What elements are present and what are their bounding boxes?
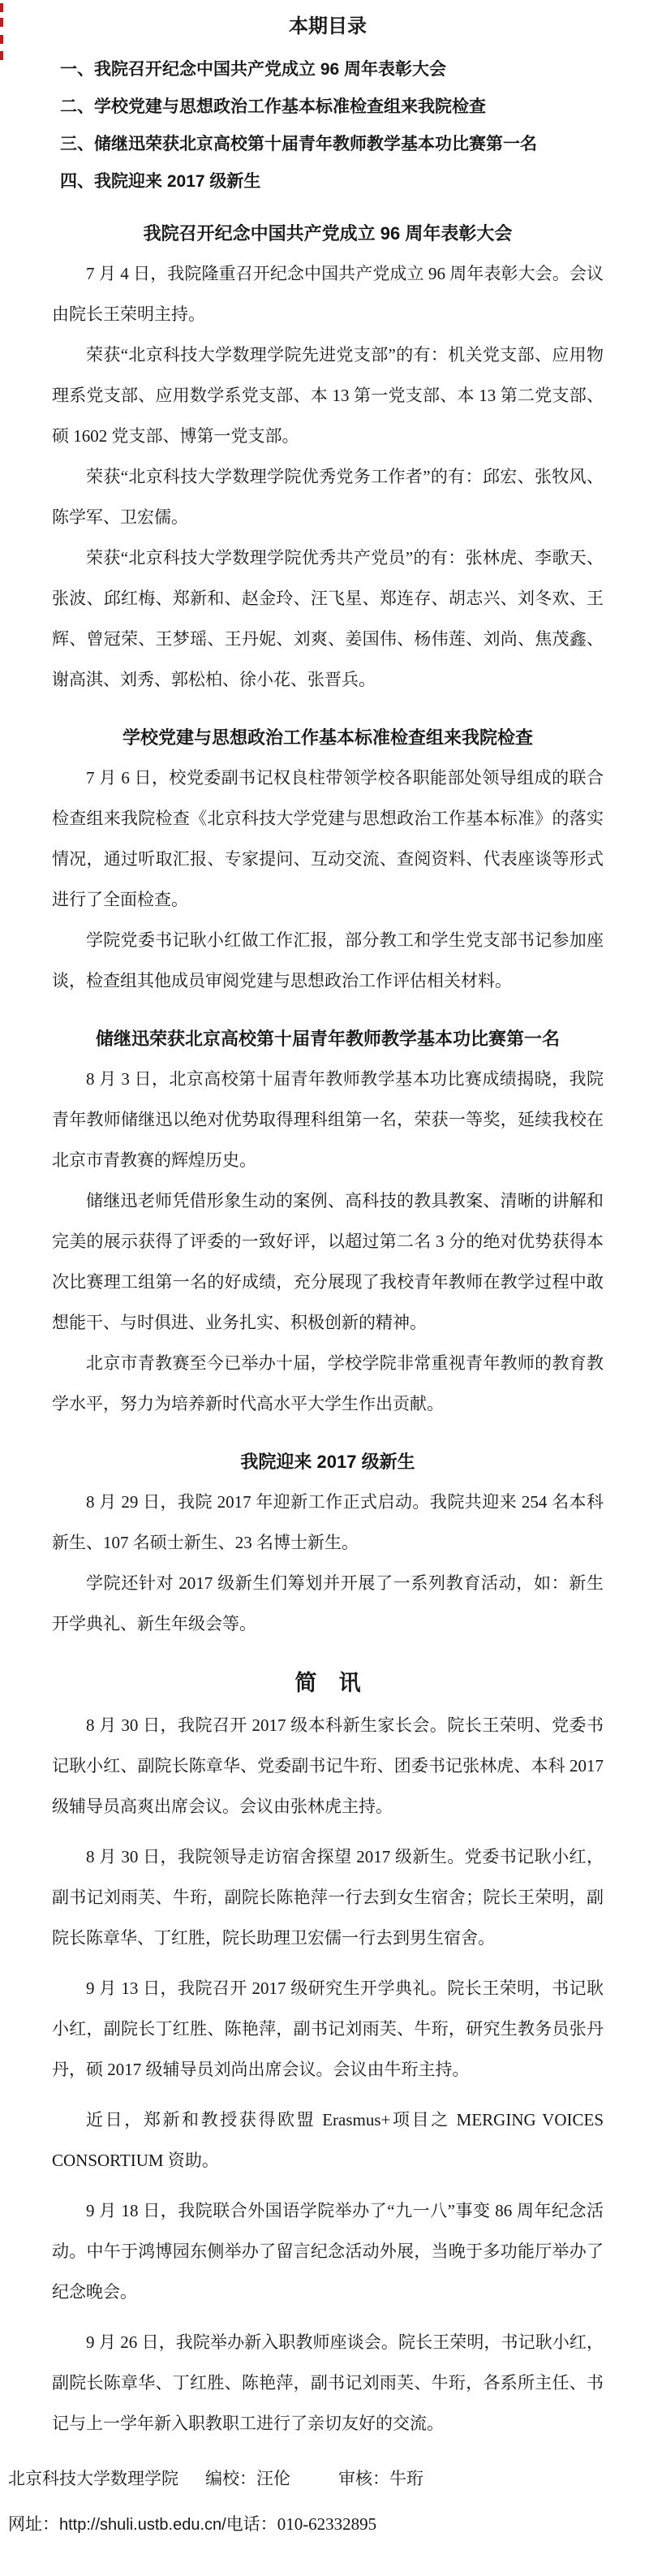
- newsletter-page: 本期目录 一、我院召开纪念中国共产党成立 96 周年表彰大会 二、学校党建与思想…: [0, 0, 649, 2576]
- toc-item-4: 四、我院迎来 2017 级新生: [60, 163, 604, 201]
- briefs-title: 简 讯: [52, 1665, 604, 1697]
- brief-item-1: 8 月 30 日，我院召开 2017 级本科新生家长会。院长王荣明、党委书记耿小…: [52, 1705, 604, 1827]
- article-1-paragraph-4: 荣获“北京科技大学数理学院优秀共产党员”的有：张林虎、李歌天、张波、邱红梅、郑新…: [52, 537, 604, 700]
- website-field: 网址：http://shuli.ustb.edu.cn/: [8, 2505, 226, 2544]
- toc-title: 本期目录: [52, 10, 604, 38]
- toc-item-2: 二、学校党建与思想政治工作基本标准检查组来我院检查: [60, 88, 604, 126]
- article-inspection-visit: 学校党建与思想政治工作基本标准检查组来我院检查 7 月 6 日，校党委副书记权良…: [52, 724, 604, 1001]
- article-3-paragraph-1: 8 月 3 日，北京高校第十届青年教师教学基本功比赛成绩揭晓，我院青年教师储继迅…: [52, 1059, 604, 1180]
- change-bar-mark: [0, 3, 3, 12]
- article-1-paragraph-3: 荣获“北京科技大学数理学院优秀党务工作者”的有：邱宏、张牧风、陈学军、卫宏儒。: [52, 456, 604, 537]
- article-4-paragraph-2: 学院还针对 2017 级新生们筹划并开展了一系列教育活动，如：新生开学典礼、新生…: [52, 1563, 604, 1644]
- article-1-paragraph-2: 荣获“北京科技大学数理学院先进党支部”的有：机关党支部、应用物理系党支部、应用数…: [52, 334, 604, 456]
- website-label: 网址：: [8, 2514, 59, 2534]
- article-4-title: 我院迎来 2017 级新生: [52, 1448, 604, 1474]
- editor-field: 编校：汪伦: [205, 2460, 338, 2497]
- footer-row-1: 北京科技大学数理学院 编校：汪伦 审核：牛珩: [8, 2460, 604, 2497]
- briefs-section: 简 讯 8 月 30 日，我院召开 2017 级本科新生家长会。院长王荣明、党委…: [52, 1665, 604, 2444]
- article-2-paragraph-2: 学院党委书记耿小红做工作汇报，部分教工和学生党支部书记参加座谈，检查组其他成员审…: [52, 920, 604, 1001]
- brief-item-2: 8 月 30 日，我院领导走访宿舍探望 2017 级新生。党委书记耿小红，副书记…: [52, 1836, 604, 1958]
- phone-label: 电话：: [226, 2514, 277, 2534]
- article-1-paragraph-1: 7 月 4 日，我院隆重召开纪念中国共产党成立 96 周年表彰大会。会议由院长王…: [52, 253, 604, 334]
- brief-item-6: 9 月 26 日，我院举办新入职教师座谈会。院长王荣明，书记耿小红，副院长陈章华…: [52, 2322, 604, 2444]
- page-footer: 北京科技大学数理学院 编校：汪伦 审核：牛珩 网址：http://shuli.u…: [8, 2460, 604, 2544]
- article-2-title: 学校党建与思想政治工作基本标准检查组来我院检查: [52, 724, 604, 749]
- editor-label: 编校：: [205, 2469, 256, 2488]
- toc-item-3: 三、储继迅荣获北京高校第十届青年教师教学基本功比赛第一名: [60, 126, 604, 163]
- editor-name: 汪伦: [256, 2469, 290, 2488]
- website-url: http://shuli.ustb.edu.cn/: [59, 2516, 226, 2534]
- phone-field: 电话：010-62332895: [226, 2505, 377, 2543]
- article-3-paragraph-3: 北京市青教赛至今已举办十届，学校学院非常重视青年教师的教育教学水平，努力为培养新…: [52, 1343, 604, 1424]
- toc-item-1: 一、我院召开纪念中国共产党成立 96 周年表彰大会: [60, 51, 604, 88]
- article-1-title: 我院召开纪念中国共产党成立 96 周年表彰大会: [52, 220, 604, 245]
- brief-item-5: 9 月 18 日，我院联合外国语学院举办了“九一八”事变 86 周年纪念活动。中…: [52, 2190, 604, 2312]
- footer-row-2: 网址：http://shuli.ustb.edu.cn/ 电话：010-6233…: [8, 2505, 604, 2544]
- change-bar-mark: [0, 18, 3, 27]
- reviewer-field: 审核：牛珩: [338, 2460, 423, 2497]
- change-bar-mark: [0, 35, 3, 44]
- org-name: 北京科技大学数理学院: [8, 2460, 205, 2497]
- phone-number: 010-62332895: [277, 2514, 377, 2534]
- article-2-paragraph-1: 7 月 6 日，校党委副书记权良柱带领学校各职能部处领导组成的联合检查组来我院检…: [52, 757, 604, 920]
- article-commendation-meeting: 我院召开纪念中国共产党成立 96 周年表彰大会 7 月 4 日，我院隆重召开纪念…: [52, 220, 604, 700]
- article-3-paragraph-2: 储继迅老师凭借形象生动的案例、高科技的教具教案、清晰的讲解和完美的展示获得了评委…: [52, 1180, 604, 1343]
- article-4-paragraph-1: 8 月 29 日，我院 2017 年迎新工作正式启动。我院共迎来 254 名本科…: [52, 1482, 604, 1563]
- change-bar-mark: [0, 51, 3, 60]
- reviewer-name: 牛珩: [389, 2469, 423, 2488]
- article-new-students: 我院迎来 2017 级新生 8 月 29 日，我院 2017 年迎新工作正式启动…: [52, 1448, 604, 1644]
- brief-item-3: 9 月 13 日，我院召开 2017 级研究生开学典礼。院长王荣明，书记耿小红，…: [52, 1968, 604, 2090]
- toc-list: 一、我院召开纪念中国共产党成立 96 周年表彰大会 二、学校党建与思想政治工作基…: [52, 51, 604, 201]
- reviewer-label: 审核：: [338, 2469, 389, 2488]
- brief-item-4: 近日，郑新和教授获得欧盟 Erasmus+项目之 MERGING VOICES …: [52, 2099, 604, 2181]
- article-teaching-contest: 储继迅荣获北京高校第十届青年教师教学基本功比赛第一名 8 月 3 日，北京高校第…: [52, 1025, 604, 1424]
- article-3-title: 储继迅荣获北京高校第十届青年教师教学基本功比赛第一名: [52, 1025, 604, 1051]
